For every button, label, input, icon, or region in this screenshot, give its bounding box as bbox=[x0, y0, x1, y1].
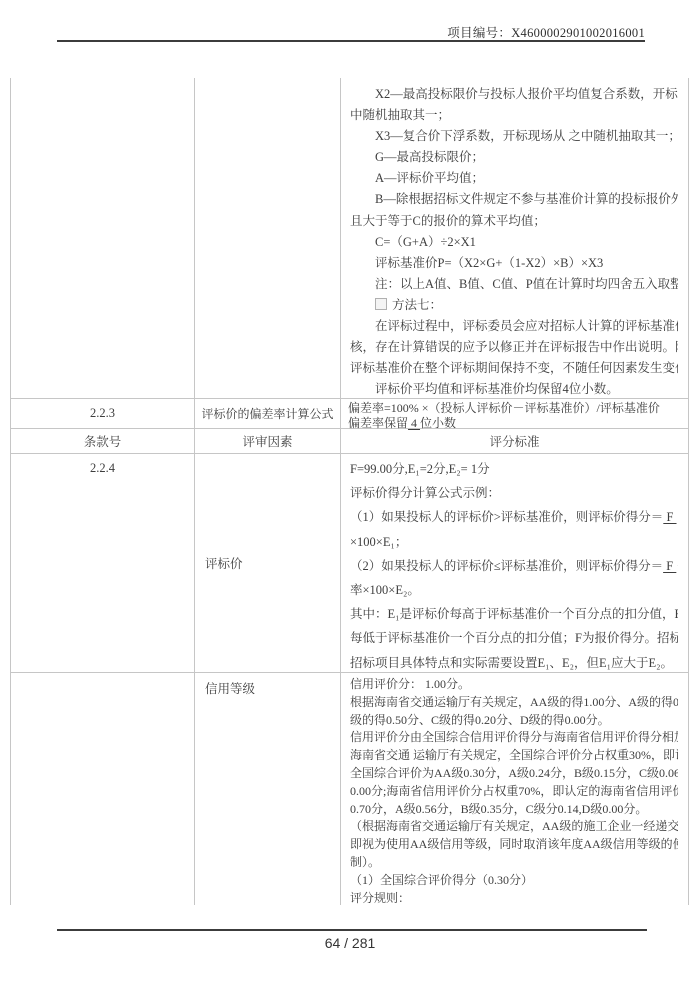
footer-rule bbox=[57, 929, 647, 931]
text-line: 方法七： bbox=[350, 295, 678, 316]
text-line: 即视为使用AA级信用等级，同时取消该年度AA级信用等级的使用次数限 bbox=[350, 836, 678, 854]
text-line: 率×100×E₂。 bbox=[350, 578, 678, 602]
text-line: 评标价得分计算公式示例： bbox=[350, 481, 678, 505]
text-line: 信用评价分： 1.00分。 bbox=[350, 676, 678, 694]
cell-clause-224: 2.2.4 bbox=[11, 453, 194, 672]
text-line: （1）如果投标人的评标价>评标基准价，则评标价得分＝ F －偏差率 bbox=[350, 505, 678, 529]
text-line: 偏差率=100% ×（投标人评标价－评标基准价）/评标基准价 bbox=[348, 401, 680, 416]
project-number: 项目编号：X4600002901002016001 bbox=[447, 23, 645, 41]
cell-score-standard-bid-price: F=99.00分,E₁=2分,E₂= 1分评标价得分计算公式示例：（1）如果投标… bbox=[341, 453, 688, 672]
text-line: A—评标价平均值； bbox=[350, 168, 678, 189]
text-line: 评标基准价P=（X2×G+（1-X2）×B）×X3 bbox=[350, 253, 678, 274]
text-line: 每低于评标基准价一个百分点的扣分值；F为报价得分。招标人可依据 bbox=[350, 626, 678, 650]
cell-factor-223: 评标价的偏差率计算公式 bbox=[195, 398, 340, 428]
text-line: B—除根据招标文件规定不参与基准价计算的投标报价外，其他≤G bbox=[350, 189, 678, 210]
cell-clause-223: 2.2.3 bbox=[11, 398, 194, 428]
text-line: 且大于等于C的报价的算术平均值； bbox=[350, 211, 678, 232]
text-line: 注：以上A值、B值、C值、P值在计算时均四舍五入取整数。 bbox=[350, 274, 678, 295]
column-header-clause-no: 条款号 bbox=[11, 428, 194, 453]
text-line: 核，存在计算错误的应予以修正并在评标报告中作出说明。除此之外， bbox=[350, 337, 678, 358]
text-line: （1）全国综合评价得分（0.30分） bbox=[350, 872, 678, 890]
cell-score-standard-credit: 信用评价分： 1.00分。根据海南省交通运输厅有关规定，AA级的得1.00分、A… bbox=[341, 672, 688, 905]
cell-factor-credit-rating: 信用等级 bbox=[195, 672, 340, 905]
text-line: F=99.00分,E₁=2分,E₂= 1分 bbox=[350, 457, 678, 481]
document-page: 项目编号：X4600002901002016001 X2—最高投标限价与投标人报… bbox=[0, 0, 700, 990]
header-rule bbox=[57, 40, 645, 42]
text-line: 评分规则： bbox=[350, 890, 678, 908]
text-line: 海南省交通 运输厅有关规定，全国综合评价分占权重30%，即认定的 bbox=[350, 747, 678, 765]
text-line: X2—最高投标限价与投标人报价平均值复合系数，开标现场从 之 bbox=[350, 84, 678, 105]
text-line: 信用评价分由全国综合信用评价得分与海南省信用评价得分相加。根据 bbox=[350, 729, 678, 747]
text-line: 0.70分，A级0.56分，B级0.35分，C级分0.14,D级0.00分。 bbox=[350, 801, 678, 819]
checkbox-icon bbox=[375, 298, 387, 310]
text-line: 在评标过程中，评标委员会应对招标人计算的评标基准价进行复 bbox=[350, 316, 678, 337]
page-number: 64 / 281 bbox=[0, 935, 700, 951]
text-line: 评标基准价在整个评标期间保持不变，不随任何因素发生变化 bbox=[350, 358, 678, 379]
cell-factor-bid-price: 评标价 bbox=[195, 453, 340, 672]
text-line: （2）如果投标人的评标价≤评标基准价，则评标价得分＝ F ＋偏差 bbox=[350, 554, 678, 578]
text-line: （根据海南省交通运输厅有关规定，AA级的施工企业一经递交投标文件 bbox=[350, 818, 678, 836]
text-line: 0.00分;海南省信用评价分占权重70%，即认定的海南省信用评价为AA级 bbox=[350, 783, 678, 801]
column-header-factor: 评审因素 bbox=[195, 428, 340, 453]
text-line: 根据海南省交通运输厅有关规定，AA级的得1.00分、A级的得0.80分、B bbox=[350, 694, 678, 712]
text-line: 其中：E₁是评标价每高于评标基准价一个百分点的扣分值，E₂是评标价 bbox=[350, 602, 678, 626]
text-line: 中随机抽取其一； bbox=[350, 105, 678, 126]
text-line: 制）。 bbox=[350, 854, 678, 872]
text-line: X3—复合价下浮系数，开标现场从 之中随机抽取其一； bbox=[350, 126, 678, 147]
cell-base-price-method-text: X2—最高投标限价与投标人报价平均值复合系数，开标现场从 之中随机抽取其一；X3… bbox=[341, 78, 688, 398]
text-line: G—最高投标限价； bbox=[350, 147, 678, 168]
table-border bbox=[688, 78, 689, 905]
text-line: C=（G+A）÷2×X1 bbox=[350, 232, 678, 253]
text-line: 级的得0.50分、C级的得0.20分、D级的得0.00分。 bbox=[350, 712, 678, 730]
text-line: ×100×E₁； bbox=[350, 530, 678, 554]
text-line: 全国综合评价为AA级0.30分，A级0.24分，B级0.15分，C级0.06分,… bbox=[350, 765, 678, 783]
cell-deviation-formula: 偏差率=100% ×（投标人评标价－评标基准价）/评标基准价偏差率保留 4 位小… bbox=[341, 398, 688, 428]
column-header-standard: 评分标准 bbox=[341, 428, 688, 453]
